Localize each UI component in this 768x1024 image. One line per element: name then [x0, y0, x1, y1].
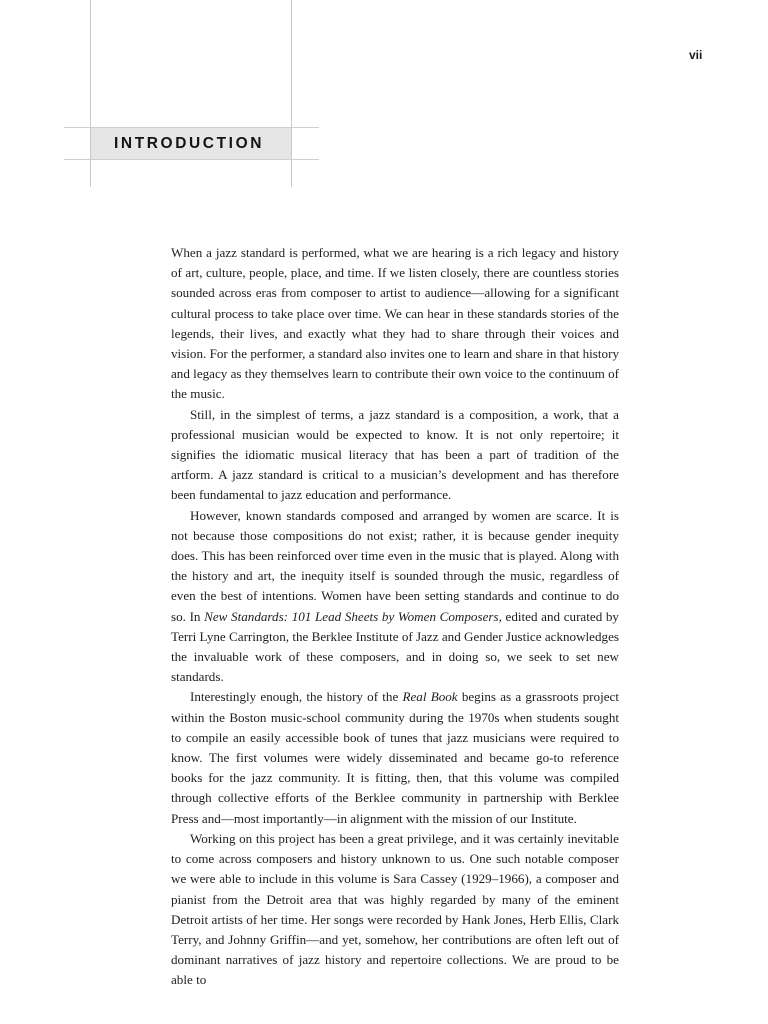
book-title-italic: New Standards: 101 Lead Sheets by Women … — [204, 609, 502, 624]
paragraph-4: Interestingly enough, the history of the… — [171, 687, 619, 828]
real-book-italic: Real Book — [403, 689, 458, 704]
paragraph-1: When a jazz standard is performed, what … — [171, 243, 619, 405]
paragraph-3-text-before: However, known standards composed and ar… — [171, 508, 619, 624]
paragraph-2: Still, in the simplest of terms, a jazz … — [171, 405, 619, 506]
paragraph-3: However, known standards composed and ar… — [171, 506, 619, 688]
guide-line-horizontal-bottom — [64, 159, 319, 160]
body-text: When a jazz standard is performed, what … — [171, 243, 619, 991]
paragraph-4-text-after: begins as a grassroots project within th… — [171, 689, 619, 825]
paragraph-5: Working on this project has been a great… — [171, 829, 619, 991]
page-number: vii — [689, 48, 702, 62]
paragraph-4-text-before: Interestingly enough, the history of the — [190, 689, 403, 704]
section-heading: INTRODUCTION — [114, 134, 264, 154]
